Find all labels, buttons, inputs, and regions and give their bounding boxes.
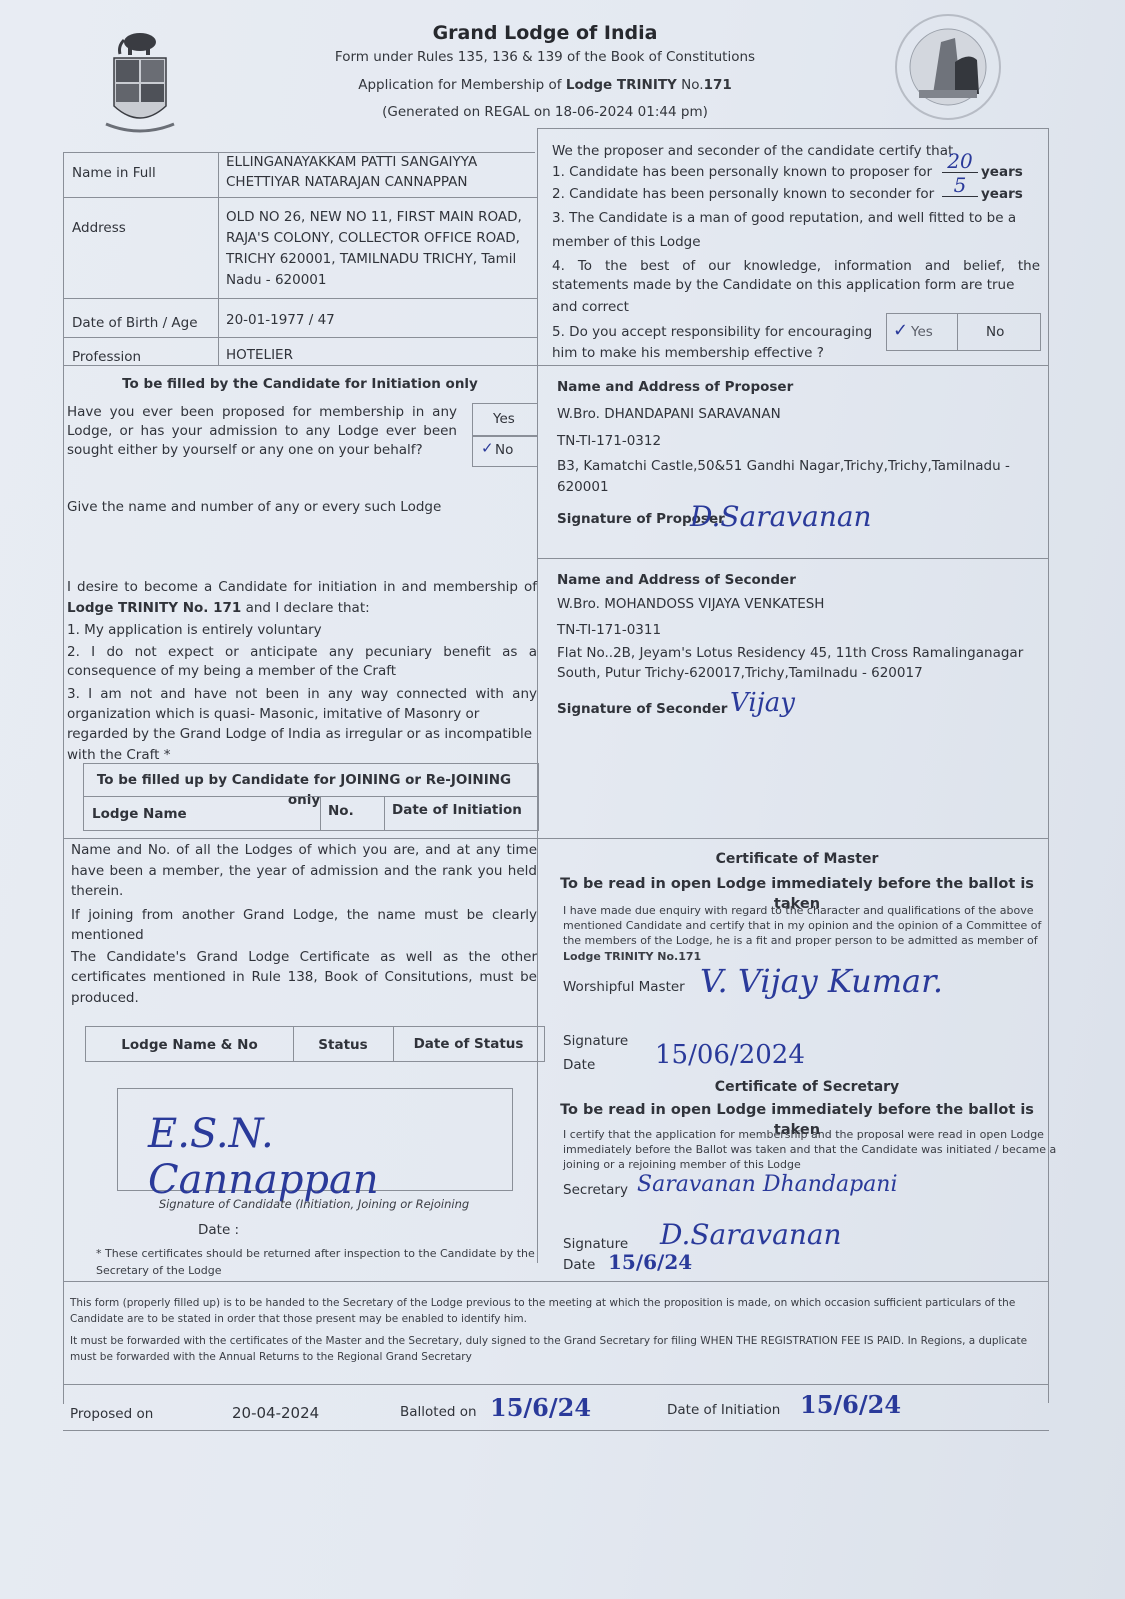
rules-line: Form under Rules 135, 136 & 139 of the B… — [0, 49, 1090, 65]
lodges-history-text: have been a member, the year of admissio… — [71, 861, 537, 881]
proposed-before-yes-checkbox[interactable]: Yes — [472, 403, 538, 437]
lodges-history-text: The Candidate's Grand Lodge Certificate … — [71, 947, 537, 967]
candidate-signature-box[interactable]: E.S.N. Cannappan — [117, 1088, 513, 1191]
master-date-label: Date — [563, 1055, 595, 1075]
declaration-item3-cont: organization which is quasi- Masonic, im… — [67, 704, 479, 724]
no-label: No — [986, 322, 1004, 342]
initiation-date-label: Date of Initiation — [667, 1400, 780, 1420]
frame-left — [63, 152, 64, 1404]
proposer-name: W.Bro. DHANDAPANI SARAVANAN — [557, 404, 781, 424]
certify-intro: We the proposer and seconder of the cand… — [552, 141, 953, 161]
seconder-signature-label: Signature of Seconder — [557, 699, 727, 719]
declaration-item3: 3. I am not and have not been in any way… — [67, 684, 537, 704]
column-header: Status — [293, 1035, 393, 1055]
lodges-history-text: produced. — [71, 988, 139, 1008]
joining-table: To be filled up by Candidate for JOINING… — [83, 763, 539, 831]
initiation-question: Lodge, or has your admission to any Lodg… — [67, 421, 457, 441]
secretary-date-value: 15/6/24 — [608, 1250, 692, 1274]
secretary-cert-body: joining or a rejoining member of this Lo… — [563, 1157, 801, 1172]
lodges-status-table: Lodge Name & No Status Date of Status — [85, 1026, 545, 1062]
years-label: years — [981, 184, 1023, 204]
seconder-id: TN-TI-171-0311 — [557, 620, 661, 640]
certificates-footnote: * These certificates should be returned … — [96, 1246, 535, 1261]
candidate-date-label: Date : — [198, 1220, 239, 1240]
proposer-id: TN-TI-171-0312 — [557, 431, 661, 451]
column-header: Lodge Name & No — [86, 1035, 293, 1055]
certify-item4-cont: statements made by the Candidate on this… — [552, 275, 1014, 295]
address-line: TRICHY 620001, TAMILNADU TRICHY, Tamil — [226, 249, 516, 269]
secretary-name-handwritten: Saravanan Dhandapani — [637, 1172, 898, 1197]
profession-value: HOTELIER — [226, 345, 293, 365]
candidate-signature-caption: Signature of Candidate (Initiation, Join… — [117, 1197, 511, 1212]
lodges-history-text: mentioned — [71, 925, 144, 945]
master-cert-heading: Certificate of Master — [547, 849, 1047, 869]
column-header: Lodge Name — [92, 804, 187, 824]
lodges-history-text: If joining from another Grand Lodge, the… — [71, 905, 537, 925]
years-label: years — [981, 162, 1023, 182]
proposer-address-cont: 620001 — [557, 477, 609, 497]
certificates-footnote-cont: Secretary of the Lodge — [96, 1263, 221, 1278]
worshipful-master-signature: V. Vijay Kumar. — [700, 962, 943, 1000]
certify-item5: 5. Do you accept responsibility for enco… — [552, 322, 872, 342]
initiation-date-value: 15/6/24 — [800, 1390, 901, 1419]
responsibility-no-checkbox[interactable]: No — [957, 313, 1041, 351]
initiation-question: Have you ever been proposed for membersh… — [67, 402, 457, 422]
name-value-line1: ELLINGANAYAKKAM PATTI SANGAIYYA — [226, 152, 477, 172]
seconder-name: W.Bro. MOHANDOSS VIJAYA VENKATESH — [557, 594, 824, 614]
yes-label: Yes — [911, 322, 933, 342]
master-cert-body: mentioned Candidate and certify that in … — [563, 918, 1041, 933]
master-signature-label: Signature — [563, 1031, 628, 1051]
secretary-date-label: Date — [563, 1255, 595, 1275]
dob-value: 20-01-1977 / 47 — [226, 310, 335, 330]
certify-item4: 4. To the best of our knowledge, informa… — [552, 256, 1040, 276]
footer-note: It must be forwarded with the certificat… — [70, 1334, 1027, 1349]
address-label: Address — [72, 218, 126, 238]
declaration-intro: I desire to become a Candidate for initi… — [67, 577, 537, 597]
candidate-signature: E.S.N. Cannappan — [148, 1111, 512, 1203]
seconder-address: Flat No..2B, Jeyam's Lotus Residency 45,… — [557, 643, 1023, 663]
checkmark-icon: ✓ — [893, 320, 908, 341]
initiation-question: sought either by yourself or any one on … — [67, 440, 423, 460]
no-label: No — [495, 440, 513, 460]
profession-label: Profession — [72, 347, 141, 367]
certify-item3-cont: member of this Lodge — [552, 232, 701, 252]
yes-label: Yes — [493, 409, 515, 429]
declaration-item2-cont: consequence of my being a member of the … — [67, 661, 396, 681]
initiation-heading: To be filled by the Candidate for Initia… — [63, 374, 537, 394]
certify-item5-cont: him to make his membership effective ? — [552, 343, 824, 363]
declaration-item3-cont: regarded by the Grand Lodge of India as … — [67, 724, 532, 744]
lodge-prompt: Give the name and number of any or every… — [67, 497, 441, 517]
name-label: Name in Full — [72, 163, 156, 183]
master-cert-body: I have made due enquiry with regard to t… — [563, 903, 1034, 918]
column-divider — [537, 128, 538, 1263]
checkmark-icon: ✓ — [481, 439, 494, 457]
responsibility-yes-checkbox[interactable]: ✓ Yes — [886, 313, 958, 351]
declaration-item1: 1. My application is entirely voluntary — [67, 620, 322, 640]
name-value-line2: CHETTIYAR NATARAJAN CANNAPPAN — [226, 172, 467, 192]
footer-note: Candidate are to be stated in order that… — [70, 1312, 527, 1327]
secretary-label: Secretary — [563, 1180, 628, 1200]
worshipful-master-label: Worshipful Master — [563, 977, 685, 997]
secretary-cert-body: immediately before the Ballot was taken … — [563, 1142, 1056, 1157]
seconder-signature: Vijay — [730, 688, 795, 718]
generated-line: (Generated on REGAL on 18-06-2024 01:44 … — [0, 104, 1090, 120]
proposer-signature: D.Saravanan — [690, 500, 872, 533]
seconder-address-cont: South, Putur Trichy-620017,Trichy,Tamiln… — [557, 663, 923, 683]
master-date-value: 15/06/2024 — [655, 1040, 805, 1070]
frame-right — [1048, 128, 1049, 1403]
master-cert-body: the members of the Lodge, he is a fit an… — [563, 933, 1038, 948]
address-line: OLD NO 26, NEW NO 11, FIRST MAIN ROAD, — [226, 207, 522, 227]
declaration-lodge: Lodge TRINITY No. 171 and I declare that… — [67, 598, 370, 618]
balloted-on-label: Balloted on — [400, 1402, 477, 1422]
footer-note: This form (properly filled up) is to be … — [70, 1296, 1015, 1311]
column-header: No. — [328, 801, 354, 821]
seconder-years-handwritten: 5 — [942, 174, 978, 197]
declaration-item3-end: with the Craft * — [67, 745, 170, 765]
proposed-on-value: 20-04-2024 — [232, 1403, 319, 1423]
column-header: Date of Initiation — [392, 800, 522, 820]
master-cert-lodge: Lodge TRINITY No.171 — [563, 949, 701, 964]
balloted-on-value: 15/6/24 — [490, 1393, 591, 1422]
declaration-item2: 2. I do not expect or anticipate any pec… — [67, 642, 537, 662]
form-title: Grand Lodge of India — [0, 22, 1090, 44]
address-line: Nadu - 620001 — [226, 270, 327, 290]
application-form-sheet: Grand Lodge of India Form under Rules 13… — [0, 0, 1125, 1599]
certify-item2: 2. Candidate has been personally known t… — [552, 184, 934, 204]
certify-item3: 3. The Candidate is a man of good reputa… — [552, 208, 1016, 228]
lodges-history-text: Name and No. of all the Lodges of which … — [71, 840, 537, 860]
proposer-address: B3, Kamatchi Castle,50&51 Gandhi Nagar,T… — [557, 456, 1010, 476]
proposer-heading: Name and Address of Proposer — [557, 377, 793, 397]
proposer-years-handwritten: 20 — [942, 150, 978, 173]
secretary-cert-heading: Certificate of Secretary — [547, 1077, 1067, 1097]
proposed-before-no-checkbox[interactable]: ✓ No — [472, 435, 538, 467]
lodges-history-text: certificates mentioned in Rule 138, Book… — [71, 967, 537, 987]
application-line: Application for Membership of Lodge TRIN… — [0, 77, 1090, 93]
secretary-signature: D.Saravanan — [660, 1218, 842, 1251]
proposed-on-label: Proposed on — [70, 1404, 153, 1424]
certify-item4-end: and correct — [552, 297, 629, 317]
certify-item1: 1. Candidate has been personally known t… — [552, 162, 932, 182]
lodges-history-text: therein. — [71, 881, 123, 901]
seconder-heading: Name and Address of Seconder — [557, 570, 796, 590]
address-line: RAJA'S COLONY, COLLECTOR OFFICE ROAD, — [226, 228, 520, 248]
footer-note: must be forwarded with the Annual Return… — [70, 1350, 472, 1365]
secretary-cert-body: I certify that the application for membe… — [563, 1127, 1044, 1142]
column-header: Date of Status — [393, 1034, 544, 1054]
dob-label: Date of Birth / Age — [72, 313, 198, 333]
